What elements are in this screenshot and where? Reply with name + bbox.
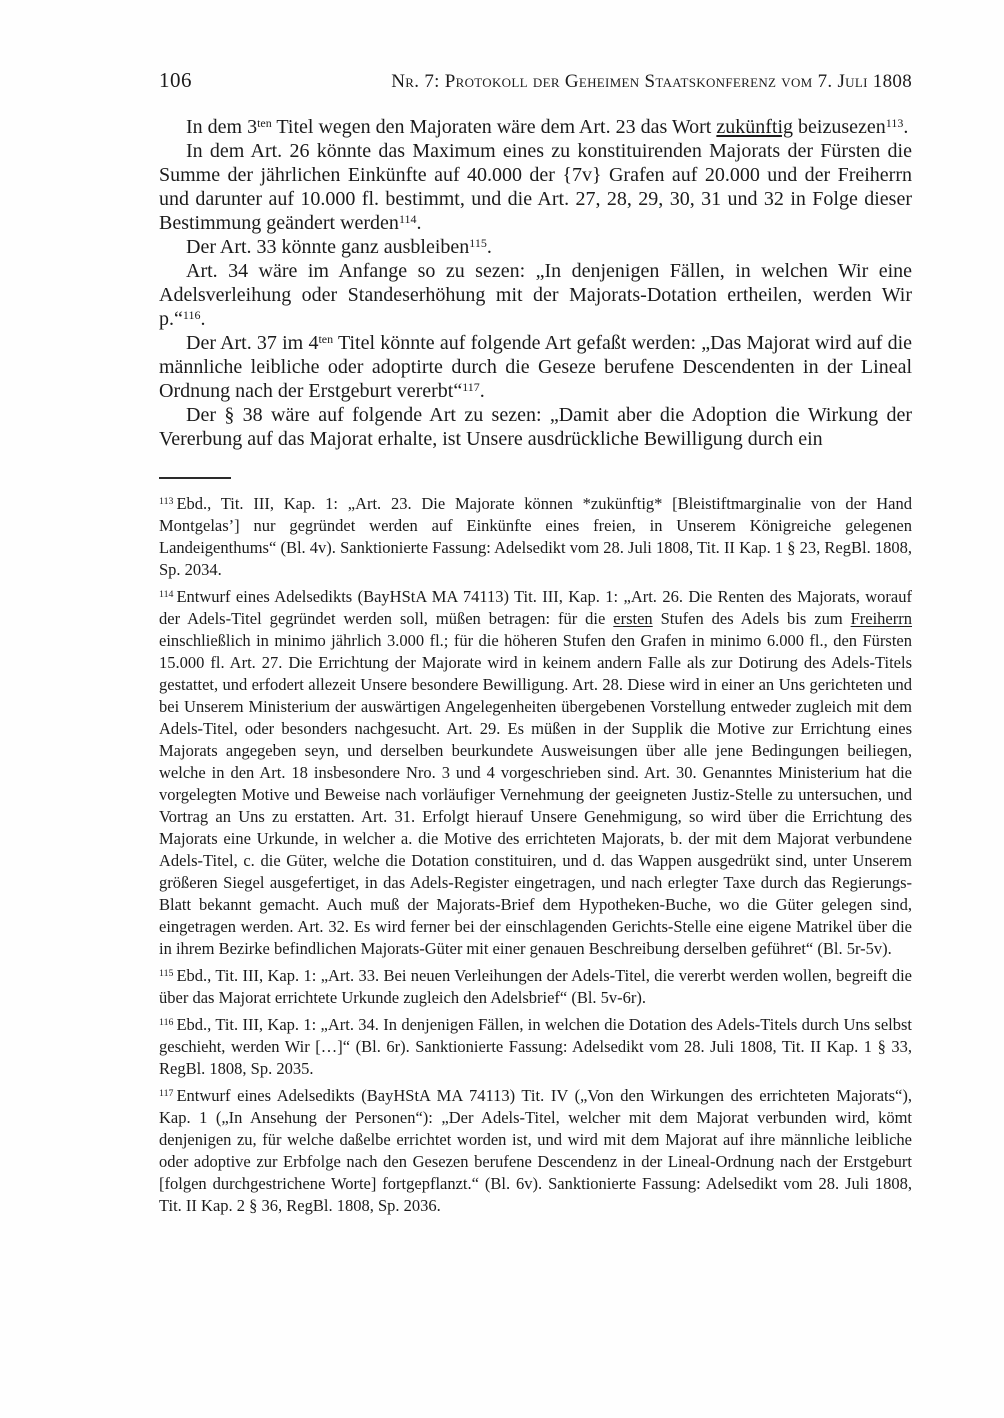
footnote-separator bbox=[159, 477, 231, 479]
text-run: Art. 34 wäre im Anfange so zu sezen: „In… bbox=[159, 260, 912, 330]
footnote-marker: 114 bbox=[159, 589, 173, 600]
text-run: Der Art. 33 könnte ganz ausbleiben bbox=[186, 236, 469, 258]
text-run: einschließlich in minimo jährlich 3.000 … bbox=[159, 631, 912, 958]
footnote-117: 117Entwurf eines Adelsedikts (BayHStA MA… bbox=[159, 1085, 912, 1217]
text-run: . bbox=[487, 236, 492, 258]
footnote-115: 115Ebd., Tit. III, Kap. 1: „Art. 33. Bei… bbox=[159, 965, 912, 1009]
paragraph-5: Der Art. 37 im 4ten Titel könnte auf fol… bbox=[159, 331, 912, 403]
text-run: Entwurf eines Adelsedikts (BayHStA MA 74… bbox=[159, 1086, 912, 1215]
underlined-text: Freiherrn bbox=[851, 609, 912, 628]
paragraph-6: Der § 38 wäre auf folgende Art zu sezen:… bbox=[159, 403, 912, 451]
text-run: Der Art. 37 im 4 bbox=[186, 332, 318, 354]
text-run: Ebd., Tit. III, Kap. 1: „Art. 23. Die Ma… bbox=[159, 494, 912, 579]
paragraph-2: In dem Art. 26 könnte das Maximum eines … bbox=[159, 139, 912, 235]
text-run: Stufen des Adels bis zum bbox=[653, 609, 851, 628]
footnote-116: 116Ebd., Tit. III, Kap. 1: „Art. 34. In … bbox=[159, 1014, 912, 1080]
text-run: Ebd., Tit. III, Kap. 1: „Art. 33. Bei ne… bbox=[159, 966, 912, 1007]
footnotes: 113Ebd., Tit. III, Kap. 1: „Art. 23. Die… bbox=[159, 493, 912, 1217]
superscript: 116 bbox=[183, 308, 201, 322]
underlined-text: zukünftig bbox=[716, 116, 793, 138]
footnote-marker: 115 bbox=[159, 968, 173, 979]
footnote-marker: 116 bbox=[159, 1017, 173, 1028]
text-run: beizusezen bbox=[793, 116, 886, 138]
running-title: Nr. 7: Protokoll der Geheimen Staatskonf… bbox=[391, 71, 912, 93]
superscript: 113 bbox=[886, 116, 904, 130]
text-run: Titel wegen den Majoraten wäre dem Art. … bbox=[272, 116, 717, 138]
superscript: ten bbox=[318, 332, 333, 346]
main-text: In dem 3ten Titel wegen den Majoraten wä… bbox=[159, 115, 912, 451]
underlined-text: ersten bbox=[613, 609, 652, 628]
text-run: Ebd., Tit. III, Kap. 1: „Art. 34. In den… bbox=[159, 1015, 912, 1078]
superscript: ten bbox=[257, 116, 272, 130]
running-head: 106 Nr. 7: Protokoll der Geheimen Staats… bbox=[159, 68, 912, 93]
text-run: . bbox=[417, 212, 422, 234]
paragraph-3: Der Art. 33 könnte ganz ausbleiben115. bbox=[159, 235, 912, 259]
text-run: . bbox=[480, 380, 485, 402]
text-run: In dem Art. 26 könnte das Maximum eines … bbox=[159, 140, 912, 234]
footnote-marker: 113 bbox=[159, 496, 173, 507]
text-run: . bbox=[200, 308, 205, 330]
superscript: 117 bbox=[462, 380, 480, 394]
superscript: 115 bbox=[469, 236, 487, 250]
footnote-114: 114Entwurf eines Adelsedikts (BayHStA MA… bbox=[159, 586, 912, 960]
paragraph-1: In dem 3ten Titel wegen den Majoraten wä… bbox=[159, 115, 912, 139]
paragraph-4: Art. 34 wäre im Anfange so zu sezen: „In… bbox=[159, 259, 912, 331]
text-run: . bbox=[903, 116, 908, 138]
text-run: Der § 38 wäre auf folgende Art zu sezen:… bbox=[159, 404, 912, 450]
page-number: 106 bbox=[159, 68, 192, 93]
text-run: In dem 3 bbox=[186, 116, 257, 138]
footnote-marker: 117 bbox=[159, 1088, 173, 1099]
book-page: 106 Nr. 7: Protokoll der Geheimen Staats… bbox=[0, 0, 1004, 1418]
footnote-113: 113Ebd., Tit. III, Kap. 1: „Art. 23. Die… bbox=[159, 493, 912, 581]
superscript: 114 bbox=[399, 212, 417, 226]
